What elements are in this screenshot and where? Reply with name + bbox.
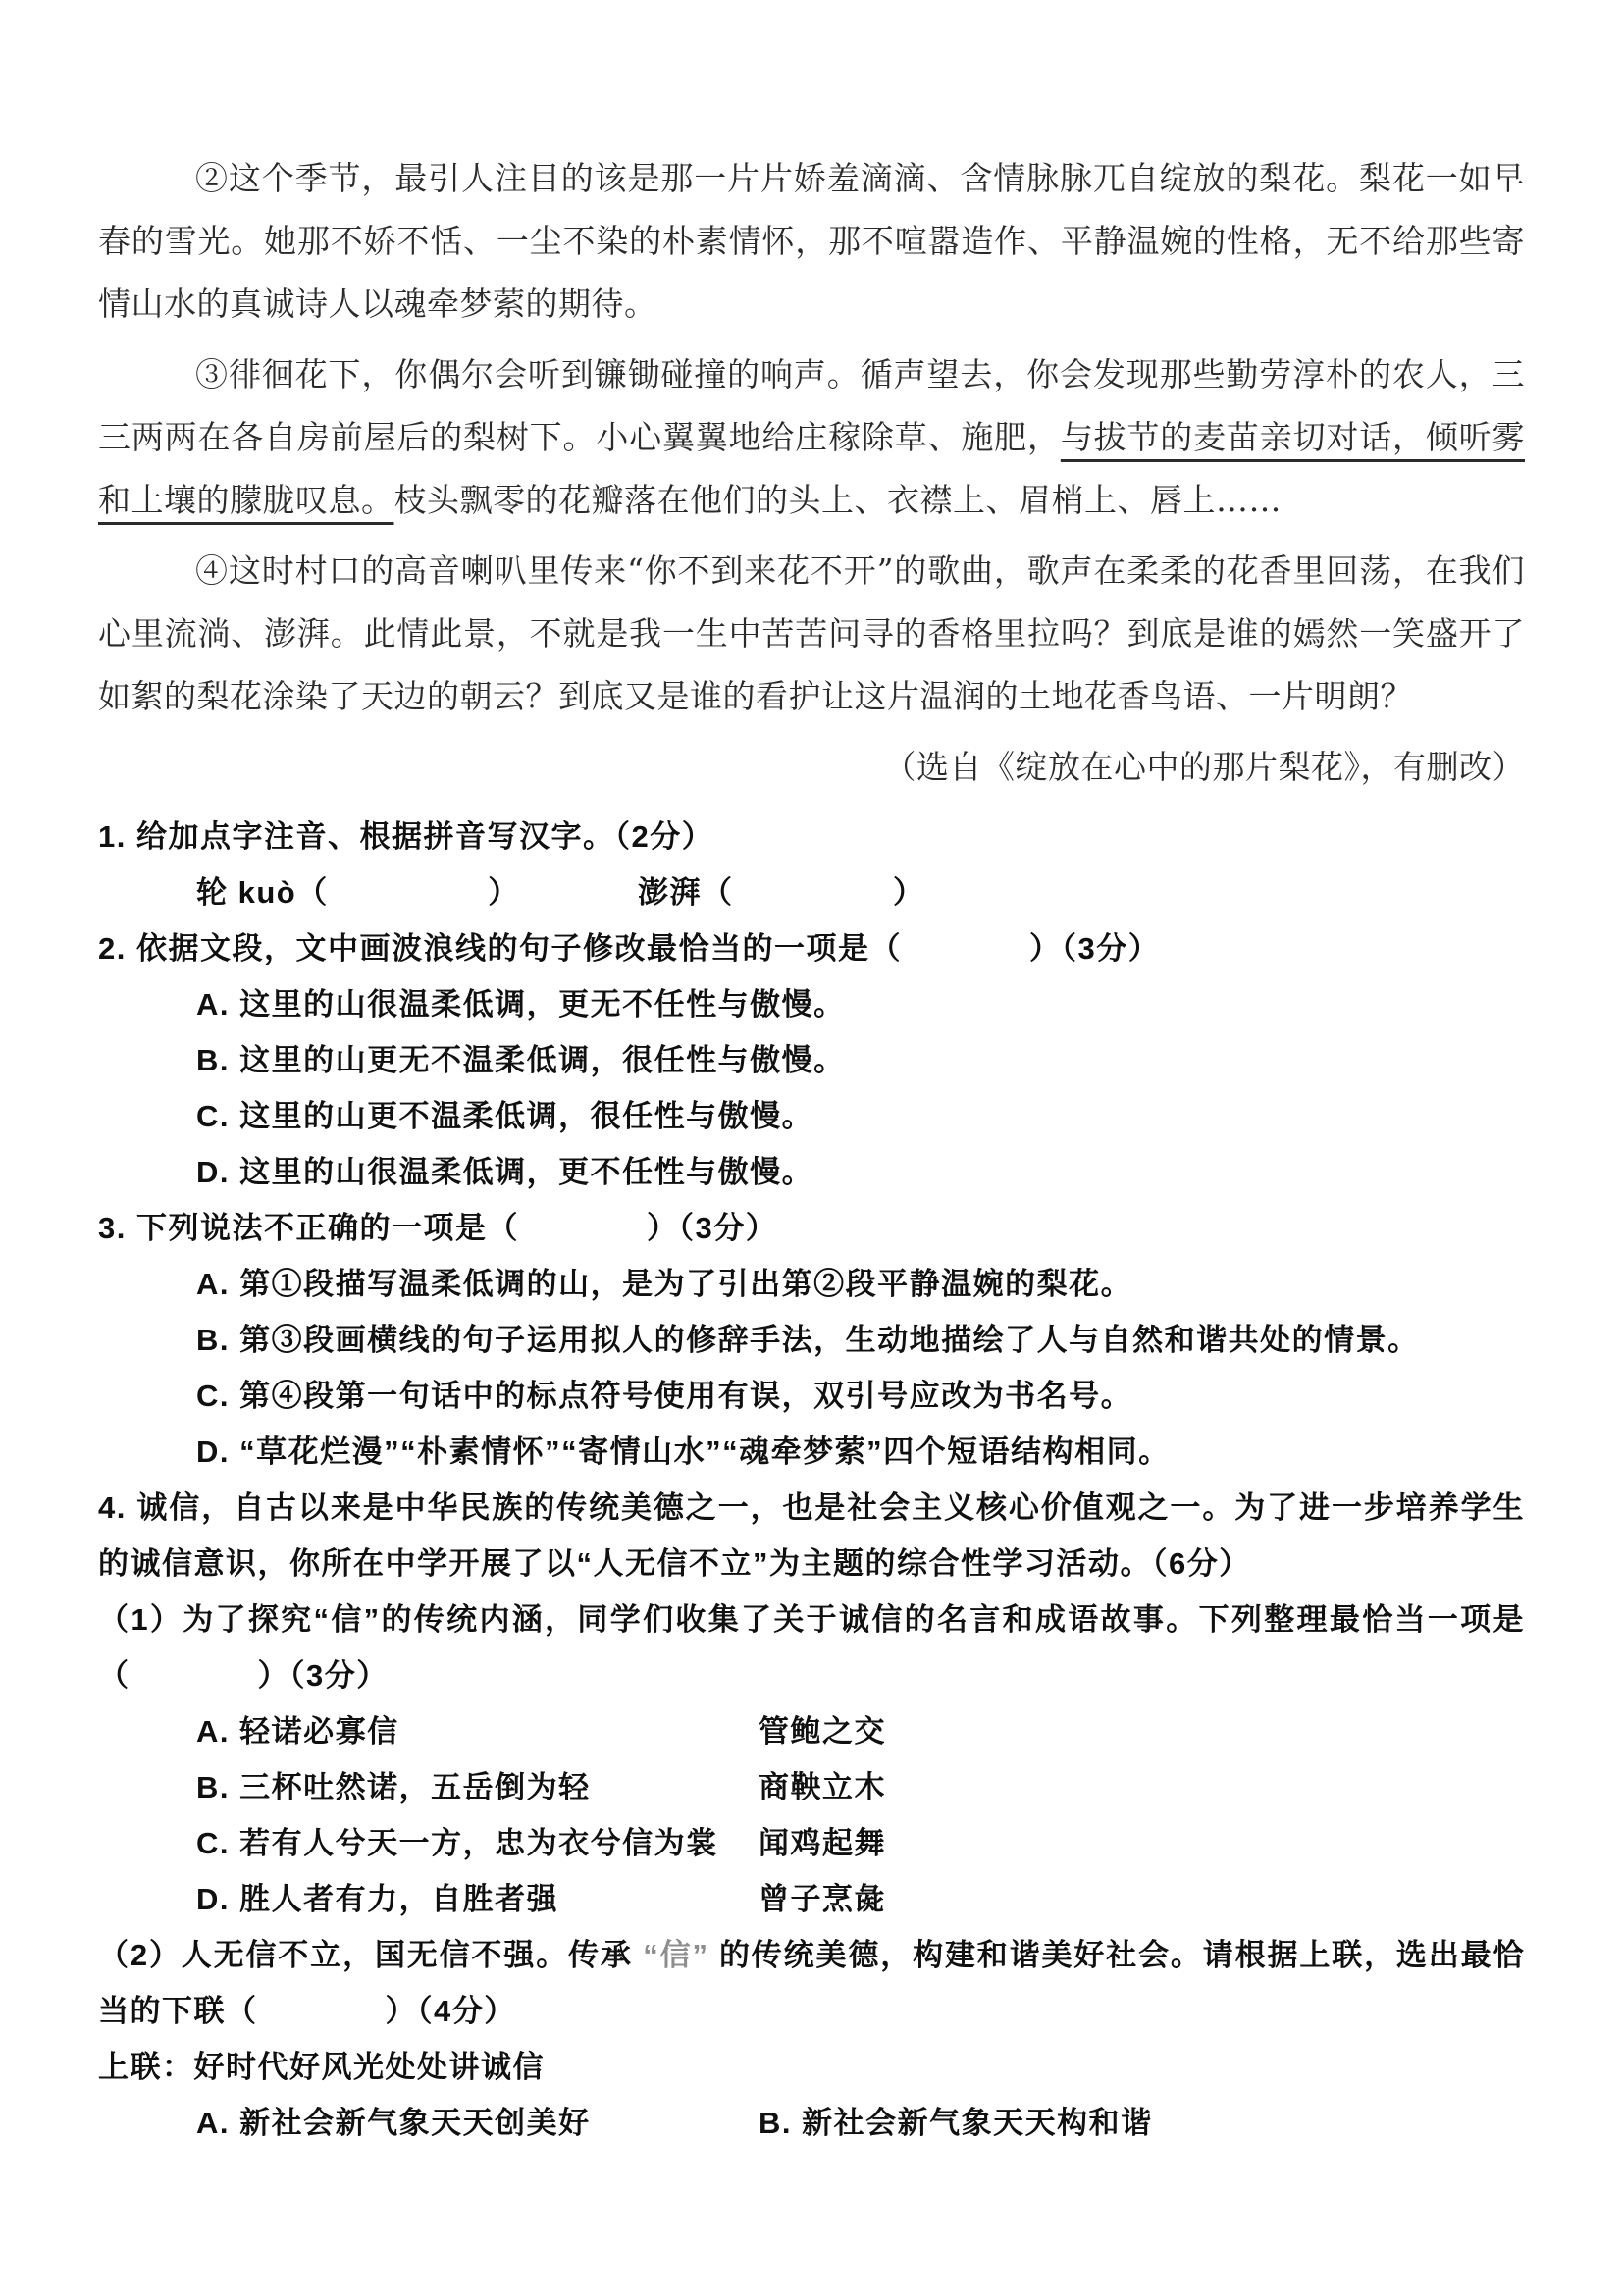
- question-3-option-a: A. 第①段描写温柔低调的山，是为了引出第②段平静温婉的梨花。: [196, 1256, 1525, 1312]
- reading-passage: ②这个季节，最引人注目的该是那一片片娇羞滴滴、含情脉脉兀自绽放的梨花。梨花一如早…: [98, 147, 1525, 799]
- passage-paragraph-2: ②这个季节，最引人注目的该是那一片片娇羞滴滴、含情脉脉兀自绽放的梨花。梨花一如早…: [98, 147, 1525, 336]
- pinyin-blank-peng-pai: 澎湃（ ）: [638, 875, 925, 910]
- couplet-option-b: B. 新社会新气象天天构和谐: [759, 2095, 1153, 2151]
- question-4-sub1-option-c: C. 若有人兮天一方，忠为衣兮信为裳闻鸡起舞: [196, 1815, 1525, 1871]
- option-c-saying: C. 若有人兮天一方，忠为衣兮信为裳: [196, 1815, 759, 1871]
- question-4-sub1-option-b: B. 三杯吐然诺，五岳倒为轻商鞅立木: [196, 1759, 1525, 1815]
- option-b-idiom: 商鞅立木: [759, 1759, 886, 1815]
- question-2-stem: 2. 依据文段，文中画波浪线的句子修改最恰当的一项是（ ）（3分）: [98, 920, 1525, 976]
- exam-page: ②这个季节，最引人注目的该是那一片片娇羞滴滴、含情脉脉兀自绽放的梨花。梨花一如早…: [0, 0, 1623, 2296]
- option-c-idiom: 闻鸡起舞: [759, 1815, 886, 1871]
- question-2-option-a: A. 这里的山很温柔低调，更无不任性与傲慢。: [196, 976, 1525, 1032]
- questions-section: 1. 给加点字注音、根据拼音写汉字。（2分） 轮 kuò（ ）澎湃（ ） 2. …: [98, 809, 1525, 2151]
- question-1-stem: 1. 给加点字注音、根据拼音写汉字。（2分）: [98, 809, 1525, 864]
- option-b-saying: B. 三杯吐然诺，五岳倒为轻: [196, 1759, 759, 1815]
- passage-paragraph-4-text: ④这时村口的高音喇叭里传来“你不到来花不开”的歌曲，歌声在柔柔的花香里回荡，在我…: [98, 551, 1525, 715]
- option-d-idiom: 曾子烹彘: [759, 1871, 886, 1927]
- question-3-option-d: D. “草花烂漫”“朴素情怀”“寄情山水”“魂牵梦萦”四个短语结构相同。: [196, 1424, 1525, 1480]
- passage-paragraph-3-post: 枝头飘零的花瓣落在他们的头上、衣襟上、眉梢上、唇上……: [394, 481, 1283, 519]
- passage-source-attribution: （选自《绽放在心中的那片梨花》，有删改）: [98, 736, 1525, 799]
- question-1-blanks: 轮 kuò（ ）澎湃（ ）: [196, 864, 1525, 920]
- couplet-option-a: A. 新社会新气象天天创美好: [196, 2095, 759, 2151]
- question-3-stem: 3. 下列说法不正确的一项是（ ）（3分）: [98, 1200, 1525, 1256]
- question-2-option-c: C. 这里的山更不温柔低调，很任性与傲慢。: [196, 1088, 1525, 1144]
- question-3-option-b: B. 第③段画横线的句子运用拟人的修辞手法，生动地描绘了人与自然和谐共处的情景。: [196, 1312, 1525, 1368]
- question-4-stem: 4. 诚信，自古以来是中华民族的传统美德之一，也是社会主义核心价值观之一。为了进…: [98, 1480, 1525, 1592]
- option-a-idiom: 管鲍之交: [759, 1703, 886, 1759]
- passage-paragraph-4: ④这时村口的高音喇叭里传来“你不到来花不开”的歌曲，歌声在柔柔的花香里回荡，在我…: [98, 540, 1525, 728]
- question-2-option-b: B. 这里的山更无不温柔低调，很任性与傲慢。: [196, 1032, 1525, 1088]
- passage-paragraph-3: ③徘徊花下，你偶尔会听到镰锄碰撞的响声。循声望去，你会发现那些勤劳淳朴的农人，三…: [98, 343, 1525, 532]
- question-4-sub2-stem: （2）人无信不立，国无信不强。传承 “信” 的传统美德，构建和谐美好社会。请根据…: [98, 1927, 1525, 2039]
- couplet-first-line: 上联：好时代好风光处处讲诚信: [98, 2039, 1525, 2095]
- question-4-sub1-option-d: D. 胜人者有力，自胜者强曾子烹彘: [196, 1871, 1525, 1927]
- passage-paragraph-2-text: ②这个季节，最引人注目的该是那一片片娇羞滴滴、含情脉脉兀自绽放的梨花。梨花一如早…: [98, 159, 1525, 323]
- question-2-option-d: D. 这里的山很温柔低调，更不任性与傲慢。: [196, 1144, 1525, 1200]
- sub2-stem-pre: （2）人无信不立，国无信不强。传承: [98, 1938, 643, 1972]
- option-a-saying: A. 轻诺必寡信: [196, 1703, 759, 1759]
- question-4-sub1-stem: （1）为了探究“信”的传统内涵，同学们收集了关于诚信的名言和成语故事。下列整理最…: [98, 1592, 1525, 1703]
- pinyin-blank-lun-kuo: 轮 kuò（ ）: [196, 864, 638, 920]
- option-d-saying: D. 胜人者有力，自胜者强: [196, 1871, 759, 1927]
- sub2-stem-highlight-xin: “信”: [643, 1938, 708, 1972]
- question-4-sub2-options: A. 新社会新气象天天创美好B. 新社会新气象天天构和谐: [196, 2095, 1525, 2151]
- question-3-option-c: C. 第④段第一句话中的标点符号使用有误，双引号应改为书名号。: [196, 1368, 1525, 1424]
- question-4-sub1-option-a: A. 轻诺必寡信管鲍之交: [196, 1703, 1525, 1759]
